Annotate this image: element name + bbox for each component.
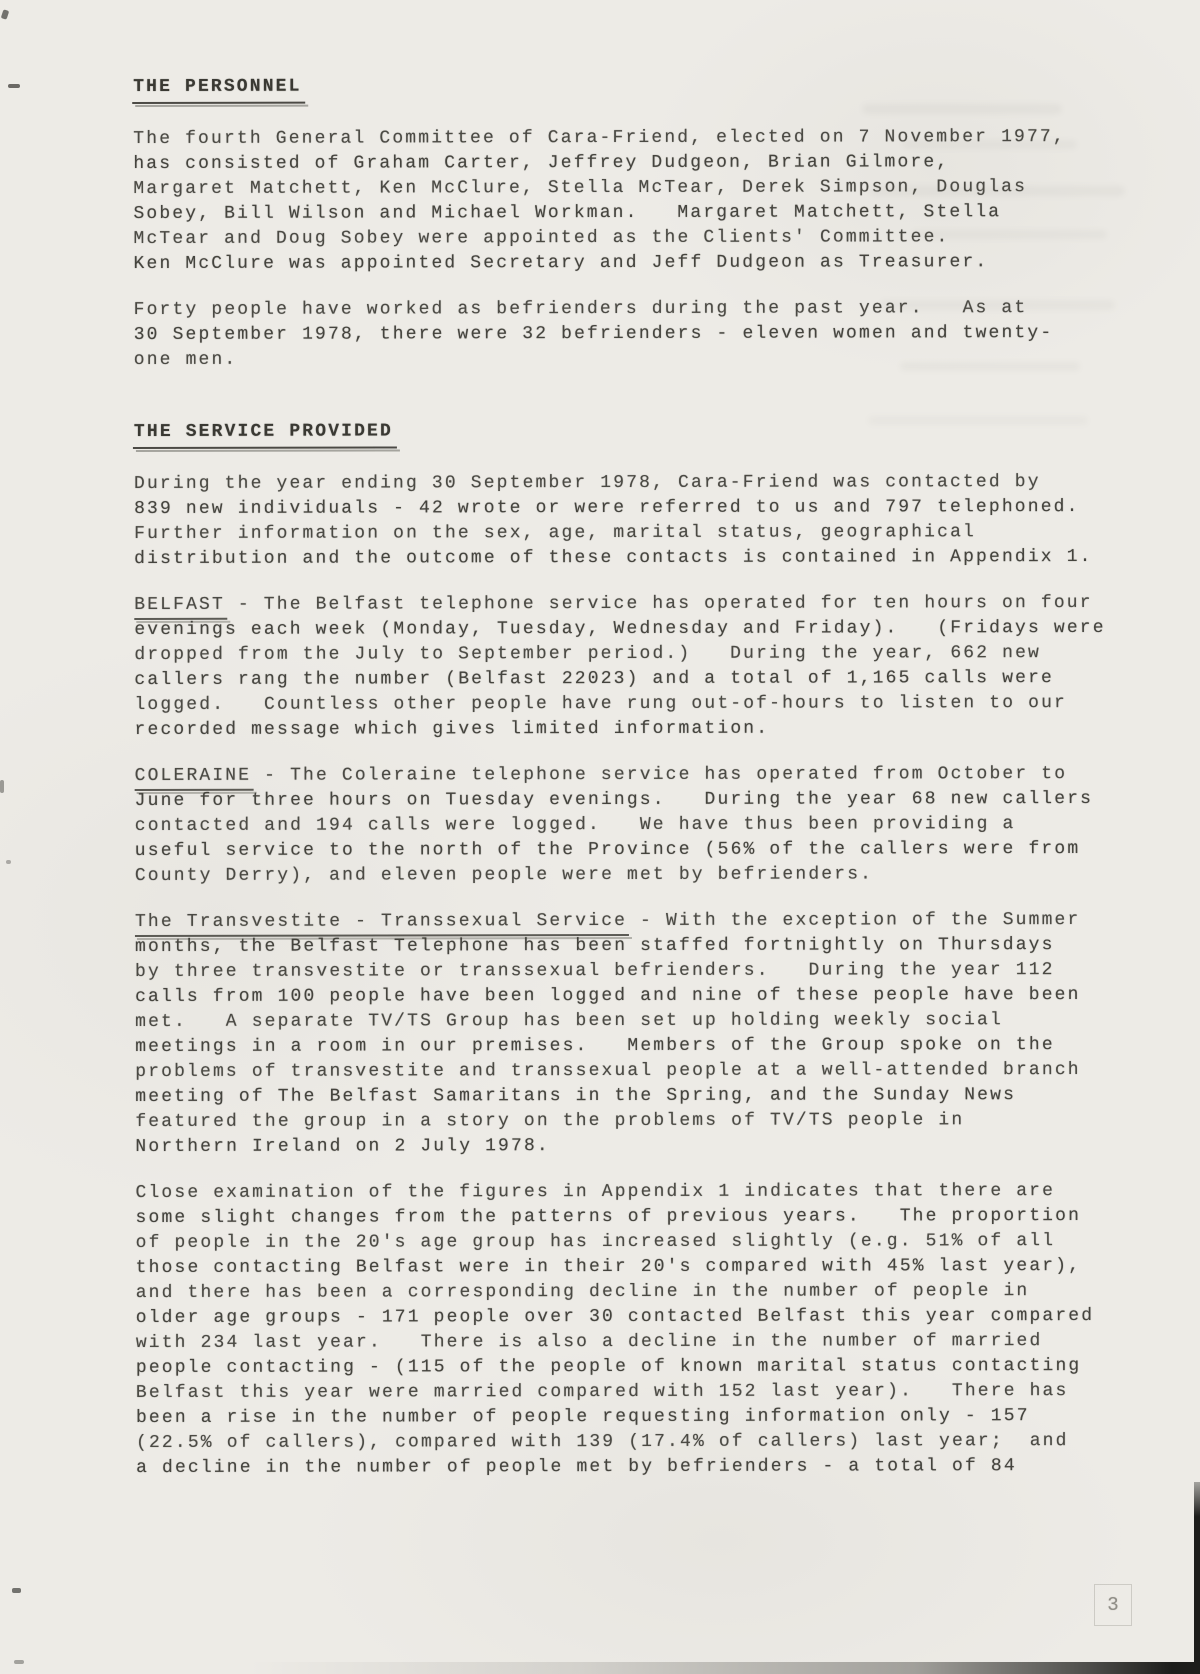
text-line: met. A separate TV/TS Group has been set… [135,1008,1145,1035]
text-line: (22.5% of callers), compared with 139 (1… [136,1429,1146,1456]
ink-speck [8,84,20,88]
text-line: Northern Ireland on 2 July 1978. [135,1133,1145,1160]
bleedthrough-smudge [902,140,1077,149]
text-line: distribution and the outcome of these co… [134,545,1144,572]
lead-rest: - With the exception of the Summer [627,910,1080,931]
text-line: During the year ending 30 September 1978… [134,470,1144,497]
text-line: those contacting Belfast were in their 2… [136,1254,1146,1281]
ink-speck [1,9,9,19]
paragraph: The Transvestite - Transsexual Service -… [135,908,1146,1160]
text-line: Further information on the sex, age, mar… [134,520,1144,547]
text-line: BELFAST - The Belfast telephone service … [134,591,1144,618]
text-line: Ken McClure was appointed Secretary and … [134,250,1144,277]
text-line: recorded message which gives limited inf… [135,716,1145,743]
bleedthrough-smudge [870,186,1125,196]
text-line: County Derry), and eleven people were me… [135,862,1145,889]
text-line: Sobey, Bill Wilson and Michael Workman. … [133,200,1143,227]
text-line: Belfast this year were married compared … [136,1379,1146,1406]
ink-speck [12,1588,21,1593]
text-line: evenings each week (Monday, Tuesday, Wed… [134,616,1144,643]
underlined-lead: BELFAST [134,593,225,618]
text-line: June for three hours on Tuesday evenings… [135,787,1145,814]
text-line: of people in the 20's age group has incr… [136,1229,1146,1256]
text-line: has consisted of Graham Carter, Jeffrey … [133,150,1143,177]
text-line: dropped from the July to September perio… [134,641,1144,668]
scan-edge-bottom [250,1662,1200,1674]
text-line: by three transvestite or transsexual bef… [135,958,1145,985]
text-line: some slight changes from the patterns of… [136,1204,1146,1231]
scanned-document-page: THE PERSONNELThe fourth General Committe… [0,0,1200,1674]
bleedthrough-smudge [862,104,1062,114]
text-line: older age groups - 171 people over 30 co… [136,1304,1146,1331]
bleedthrough-smudge [880,300,1115,310]
text-line: COLERAINE - The Coleraine telephone serv… [135,762,1145,789]
document-blocks: THE PERSONNELThe fourth General Committe… [133,0,1146,1502]
ink-speck [0,780,4,793]
text-line: useful service to the north of the Provi… [135,837,1145,864]
text-line: featured the group in a story on the pro… [135,1108,1145,1135]
scan-edge-right [1194,1482,1200,1674]
text-line: people contacting - (115 of the people o… [136,1354,1146,1381]
ink-speck [6,860,11,864]
text-line: logged. Countless other people have rung… [134,691,1144,718]
text-line: with 234 last year. There is also a decl… [136,1329,1146,1356]
text-line: and there has been a corresponding decli… [136,1279,1146,1306]
lead-rest: - The Coleraine telephone service has op… [251,764,1067,786]
text-line: callers rang the number (Belfast 22023) … [134,666,1144,693]
page-number-box: 3 [1094,1584,1132,1626]
page-number: 3 [1107,1594,1118,1616]
underlined-lead: The Transvestite - Transsexual Service [135,909,627,935]
section-heading-text: THE PERSONNEL [133,75,301,100]
text-line: 839 new individuals - 42 wrote or were r… [134,495,1144,522]
bleedthrough-smudge [900,362,1080,371]
paragraph: BELFAST - The Belfast telephone service … [134,591,1144,743]
paragraph: During the year ending 30 September 1978… [134,470,1144,572]
bleedthrough-smudge [912,230,1107,239]
section-heading-text: THE SERVICE PROVIDED [134,419,393,445]
text-line: The Transvestite - Transsexual Service -… [135,908,1145,935]
text-line: meeting of The Belfast Samaritans in the… [135,1083,1145,1110]
text-line: 30 September 1978, there were 32 befrien… [134,321,1144,348]
text-line: problems of transvestite and transsexual… [135,1058,1145,1085]
text-line: a decline in the number of people met by… [136,1454,1146,1481]
text-line: calls from 100 people have been logged a… [135,983,1145,1010]
bleedthrough-smudge [868,416,1088,425]
lead-rest: - The Belfast telephone service has oper… [225,593,1093,615]
paragraph: COLERAINE - The Coleraine telephone serv… [135,762,1145,889]
text-line: meetings in a room in our premises. Memb… [135,1033,1145,1060]
underlined-lead: COLERAINE [135,764,252,789]
text-line: contacted and 194 calls were logged. We … [135,812,1145,839]
paragraph: Close examination of the figures in Appe… [135,1179,1146,1481]
text-line: been a rise in the number of people requ… [136,1404,1146,1431]
text-line: Close examination of the figures in Appe… [135,1179,1145,1206]
ink-speck [14,1660,24,1664]
section-heading: THE PERSONNEL [133,73,1143,100]
